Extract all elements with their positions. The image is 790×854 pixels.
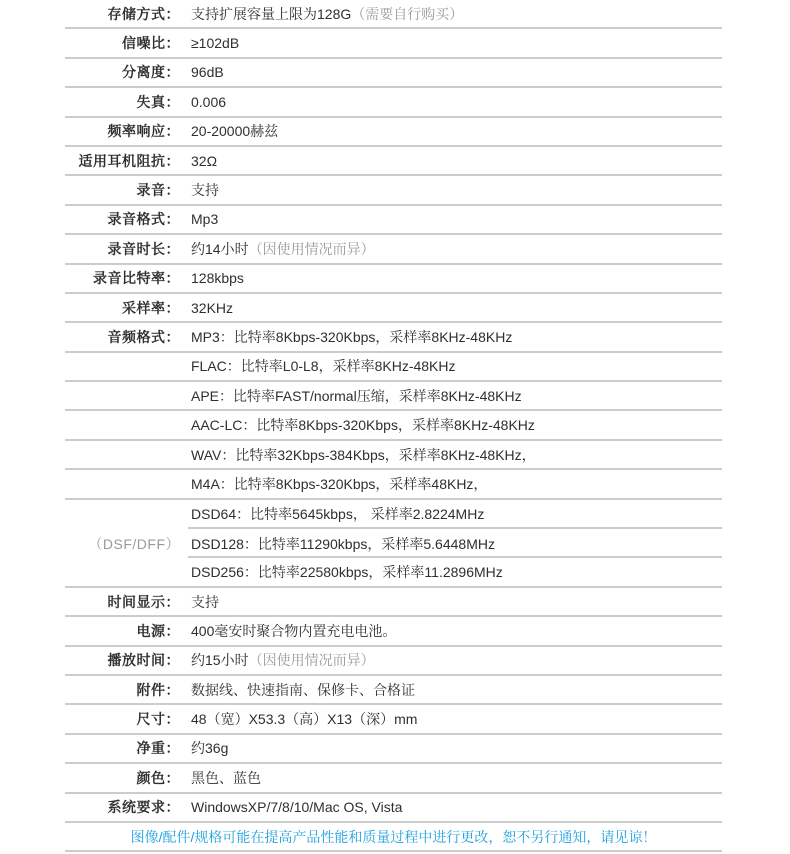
- spec-row-distortion: 失真： 0.006: [65, 88, 722, 117]
- spec-value: 约14小时: [191, 241, 249, 257]
- spec-value: 数据线、快速指南、保修卡、合格证: [191, 680, 415, 700]
- spec-row-separation: 分离度： 96dB: [65, 59, 722, 88]
- spec-value: Mp3: [191, 211, 218, 227]
- spec-value: 20-20000赫兹: [191, 121, 278, 141]
- spec-value: 支持扩展容量上限为128G: [191, 6, 351, 22]
- spec-row-recording-time: 录音时长： 约14小时（因使用情况而异）: [65, 235, 722, 264]
- spec-value: DSD64：比特率5645kbps， 采样率2.8224MHz: [191, 504, 484, 524]
- spec-note: （因使用情况而异）: [249, 241, 375, 257]
- spec-row-snr: 信噪比： ≥102dB: [65, 29, 722, 58]
- spec-label: 录音格式：: [65, 209, 180, 229]
- spec-value: MP3：比特率8Kbps-320Kbps，采样率8KHz-48KHz: [191, 327, 512, 347]
- spec-label: 系统要求：: [65, 797, 180, 817]
- spec-label: 适用耳机阻抗：: [65, 151, 180, 171]
- spec-label: 时间显示：: [65, 592, 180, 612]
- spec-row-accessories: 附件： 数据线、快速指南、保修卡、合格证: [65, 676, 722, 705]
- spec-row-color: 颜色： 黑色、蓝色: [65, 764, 722, 793]
- spec-row-time-display: 时间显示： 支持: [65, 588, 722, 617]
- spec-row-playback-time: 播放时间： 约15小时（因使用情况而异）: [65, 647, 722, 676]
- spec-label: 播放时间：: [65, 650, 180, 670]
- spec-note: （因使用情况而异）: [249, 652, 375, 668]
- spec-label: 失真：: [65, 92, 180, 112]
- spec-value: 黑色、蓝色: [191, 768, 261, 788]
- spec-value: 约36g: [191, 738, 228, 758]
- spec-label: 附件：: [65, 680, 180, 700]
- spec-value: 32Ω: [191, 153, 217, 169]
- spec-row-impedance: 适用耳机阻抗： 32Ω: [65, 147, 722, 176]
- spec-value: DSD128：比特率11290kbps，采样率5.6448MHz: [191, 534, 495, 554]
- spec-value: 128kbps: [191, 270, 244, 286]
- spec-value: 32KHz: [191, 300, 233, 316]
- spec-row-recording-bitrate: 录音比特率： 128kbps: [65, 265, 722, 294]
- spec-row-audio-format-dsd128: （DSF/DFF） DSD128：比特率11290kbps，采样率5.6448M…: [65, 529, 722, 558]
- spec-label: 分离度：: [65, 62, 180, 82]
- disclaimer-text: 图像/配件/规格可能在提高产品性能和质量过程中进行更改，恕不另行通知，请见谅！: [131, 827, 657, 847]
- spec-label: 电源：: [65, 621, 180, 641]
- spec-row-audio-format-aac: AAC-LC：比特率8Kbps-320Kbps，采样率8KHz-48KHz: [65, 411, 722, 440]
- spec-label: 存储方式：: [65, 4, 180, 24]
- spec-value: APE：比特率FAST/normal压缩，采样率8KHz-48KHz: [191, 386, 522, 406]
- spec-row-recording-format: 录音格式： Mp3: [65, 206, 722, 235]
- spec-row-audio-format-dsd256: DSD256：比特率22580kbps，采样率11.2896MHz: [65, 558, 722, 587]
- spec-row-audio-format-ape: APE：比特率FAST/normal压缩，采样率8KHz-48KHz: [65, 382, 722, 411]
- spec-value: ≥102dB: [191, 35, 239, 51]
- spec-value: 48（宽）X53.3（高）X13（深）mm: [191, 709, 417, 729]
- spec-value: DSD256：比特率22580kbps，采样率11.2896MHz: [191, 562, 503, 582]
- spec-label-dsf-dff: （DSF/DFF）: [65, 534, 180, 554]
- spec-row-audio-format-flac: FLAC：比特率L0-L8，采样率8KHz-48KHz: [65, 353, 722, 382]
- product-spec-page: 存储方式： 支持扩展容量上限为128G（需要自行购买） 信噪比： ≥102dB …: [0, 0, 790, 854]
- spec-label: 频率响应：: [65, 121, 180, 141]
- spec-label: 净重：: [65, 738, 180, 758]
- spec-value: 96dB: [191, 64, 224, 80]
- spec-value: 支持: [191, 592, 219, 612]
- spec-value: M4A：比特率8Kbps-320Kbps，采样率48KHz，: [191, 474, 487, 494]
- spec-label: 颜色：: [65, 768, 180, 788]
- spec-row-recording: 录音： 支持: [65, 176, 722, 205]
- spec-row-weight: 净重： 约36g: [65, 735, 722, 764]
- spec-row-audio-format-m4a: M4A：比特率8Kbps-320Kbps，采样率48KHz，: [65, 470, 722, 499]
- spec-label: 录音：: [65, 180, 180, 200]
- spec-row-system-requirements: 系统要求： WindowsXP/7/8/10/Mac OS, Vista: [65, 794, 722, 823]
- spec-note: （需要自行购买）: [351, 6, 463, 22]
- spec-value: 约15小时: [191, 652, 249, 668]
- spec-row-power: 电源： 400毫安时聚合物内置充电电池。: [65, 617, 722, 646]
- spec-value: WAV：比特率32Kbps-384Kbps，采样率8KHz-48KHz，: [191, 445, 536, 465]
- spec-row-audio-format-mp3: 音频格式： MP3：比特率8Kbps-320Kbps，采样率8KHz-48KHz: [65, 323, 722, 352]
- spec-label: 音频格式：: [65, 327, 180, 347]
- spec-label: 尺寸：: [65, 709, 180, 729]
- spec-row-audio-format-dsd64: DSD64：比特率5645kbps， 采样率2.8224MHz: [65, 500, 722, 529]
- spec-value: AAC-LC：比特率8Kbps-320Kbps，采样率8KHz-48KHz: [191, 415, 535, 435]
- spec-row-frequency-response: 频率响应： 20-20000赫兹: [65, 118, 722, 147]
- spec-label: 录音比特率：: [65, 268, 180, 288]
- spec-value: 支持: [191, 180, 219, 200]
- spec-label: 录音时长：: [65, 239, 180, 259]
- spec-value: 400毫安时聚合物内置充电电池。: [191, 621, 396, 641]
- spec-value: 0.006: [191, 94, 226, 110]
- spec-row-audio-format-wav: WAV：比特率32Kbps-384Kbps，采样率8KHz-48KHz，: [65, 441, 722, 470]
- spec-value: WindowsXP/7/8/10/Mac OS, Vista: [191, 799, 402, 815]
- spec-row-storage: 存储方式： 支持扩展容量上限为128G（需要自行购买）: [65, 0, 722, 29]
- disclaimer-row: 图像/配件/规格可能在提高产品性能和质量过程中进行更改，恕不另行通知，请见谅！: [65, 823, 722, 852]
- spec-label: 信噪比：: [65, 33, 180, 53]
- spec-row-sample-rate: 采样率： 32KHz: [65, 294, 722, 323]
- spec-value: FLAC：比特率L0-L8，采样率8KHz-48KHz: [191, 356, 456, 376]
- spec-label: 采样率：: [65, 298, 180, 318]
- spec-table: 存储方式： 支持扩展容量上限为128G（需要自行购买） 信噪比： ≥102dB …: [65, 0, 722, 852]
- spec-row-dimensions: 尺寸： 48（宽）X53.3（高）X13（深）mm: [65, 705, 722, 734]
